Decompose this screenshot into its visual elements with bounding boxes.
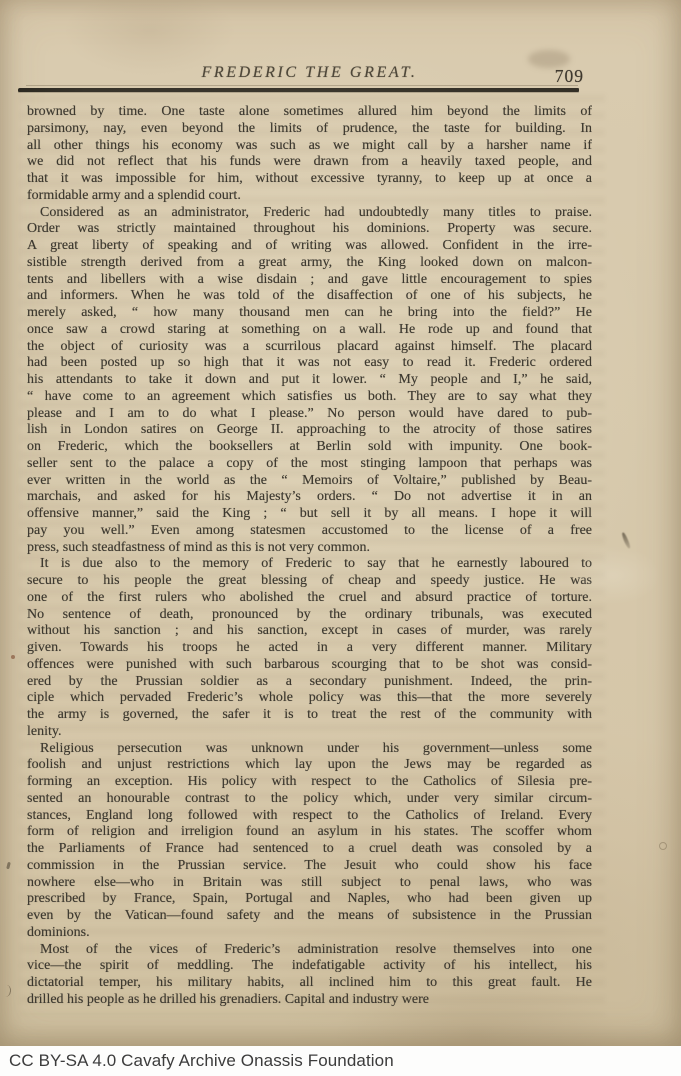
paragraph: Religious persecution was unknown under … [27, 741, 592, 942]
text-line: Considered as an administrator, Frederic… [27, 205, 592, 222]
text-line: nowhere else—who in Britain was still su… [27, 875, 592, 892]
ink-speck [6, 862, 10, 869]
ink-speck [11, 655, 15, 659]
text-line: sistible strength derived from a great a… [27, 255, 592, 272]
text-line: A great liberty of speaking and of writi… [27, 238, 592, 255]
paragraph: Most of the vices of Frederic’s administ… [27, 942, 592, 1009]
text-line: ever written in the world as the “ Memoi… [27, 473, 592, 490]
text-line: sented an honourable contrast to the pol… [27, 791, 592, 808]
text-line: tents and libellers with a wise disdain … [27, 272, 592, 289]
text-line: merely asked, “ how many thousand men ca… [27, 305, 592, 322]
text-line: It is due also to the memory of Frederic… [27, 556, 592, 573]
text-line: drilled his people as he drilled his gre… [27, 992, 592, 1009]
text-line: commission in the Prussian service. The … [27, 858, 592, 875]
paragraph: It is due also to the memory of Frederic… [27, 556, 592, 740]
text-line: without his sanction ; and his sanction,… [27, 623, 592, 640]
text-line: press, such steadfastness of mind as thi… [27, 540, 592, 557]
text-line: vice—the spirit of meddling. The indefat… [27, 958, 592, 975]
text-line: parsimony, nay, even beyond the limits o… [27, 121, 592, 138]
ink-speck [3, 985, 11, 998]
text-line: foolish and unjust restrictions which la… [27, 757, 592, 774]
text-line: all other things his economy was such as… [27, 138, 592, 155]
text-line: offensive manner,” said the King ; “ but… [27, 506, 592, 523]
text-line: offences were punished with such barbaro… [27, 657, 592, 674]
text-line: that it was impossible for him, without … [27, 171, 592, 188]
text-line: “ have come to an agreement which satisf… [27, 389, 592, 406]
text-line: forming an exception. His policy with re… [27, 774, 592, 791]
text-line: prescribed by France, Spain, Portugal an… [27, 891, 592, 908]
text-line: marchais, and asked for his Majesty’s or… [27, 489, 592, 506]
text-line: even by the Vatican—found safety and the… [27, 908, 592, 925]
text-line: browned by time. One taste alone sometim… [27, 104, 592, 121]
text-line: on Frederic, which the booksellers at Be… [27, 439, 592, 456]
paragraph: Considered as an administrator, Frederic… [27, 205, 592, 557]
text-line: pay you well.” Even among statesmen accu… [27, 523, 592, 540]
text-line: seller sent to the palace a copy of the … [27, 456, 592, 473]
ink-speck [621, 532, 632, 549]
license-text: CC BY-SA 4.0 Cavafy Archive Onassis Foun… [0, 1051, 394, 1071]
text-line: stances, England long followed with resp… [27, 808, 592, 825]
screenshot-root: FREDERIC THE GREAT. 709 browned by time.… [0, 0, 681, 1076]
text-line: the object of curiosity was a scurrilous… [27, 339, 592, 356]
text-line: please and I am to do what I please.” No… [27, 406, 592, 423]
text-line: lish in London satires on George II. app… [27, 422, 592, 439]
page-number: 709 [555, 66, 584, 87]
text-line: dominions. [27, 925, 592, 942]
text-line: given. Towards his troops he acted in a … [27, 640, 592, 657]
text-line: had been posted up so high that it was n… [27, 355, 592, 372]
book-page-scan: FREDERIC THE GREAT. 709 browned by time.… [0, 0, 681, 1046]
text-line: we did not reflect that his funds were d… [27, 154, 592, 171]
text-line: his attendants to take it down and put i… [27, 372, 592, 389]
license-bar: CC BY-SA 4.0 Cavafy Archive Onassis Foun… [0, 1046, 681, 1076]
text-line: once saw a crowd staring at something on… [27, 322, 592, 339]
header-rule-thin [26, 85, 578, 86]
text-line: dictatorial temper, his military habits,… [27, 975, 592, 992]
text-line: No sentence of death, pronounced by the … [27, 607, 592, 624]
text-line: Religious persecution was unknown under … [27, 741, 592, 758]
text-line: ered by the Prussian soldier as a second… [27, 674, 592, 691]
text-line: secure to his people the great blessing … [27, 573, 592, 590]
text-line: the Parliaments of France had sentenced … [27, 841, 592, 858]
text-line: formidable army and a splendid court. [27, 188, 592, 205]
page-body: browned by time. One taste alone sometim… [27, 104, 592, 1009]
text-line: Order was strictly maintained throughout… [27, 221, 592, 238]
text-line: one of the first rulers who abolished th… [27, 590, 592, 607]
text-line: form of religion and irreligion found an… [27, 824, 592, 841]
text-line: Most of the vices of Frederic’s administ… [27, 942, 592, 959]
text-line: and informers. When he was told of the d… [27, 288, 592, 305]
paragraph: browned by time. One taste alone sometim… [27, 104, 592, 205]
header-rule-thick [18, 88, 579, 92]
text-line: ciple which pervaded Frederic’s whole po… [27, 690, 592, 707]
text-line: the army is governed, the safer it is to… [27, 707, 592, 724]
text-line: lenity. [27, 724, 592, 741]
page-title: FREDERIC THE GREAT. [27, 64, 592, 82]
ink-speck [659, 842, 667, 850]
